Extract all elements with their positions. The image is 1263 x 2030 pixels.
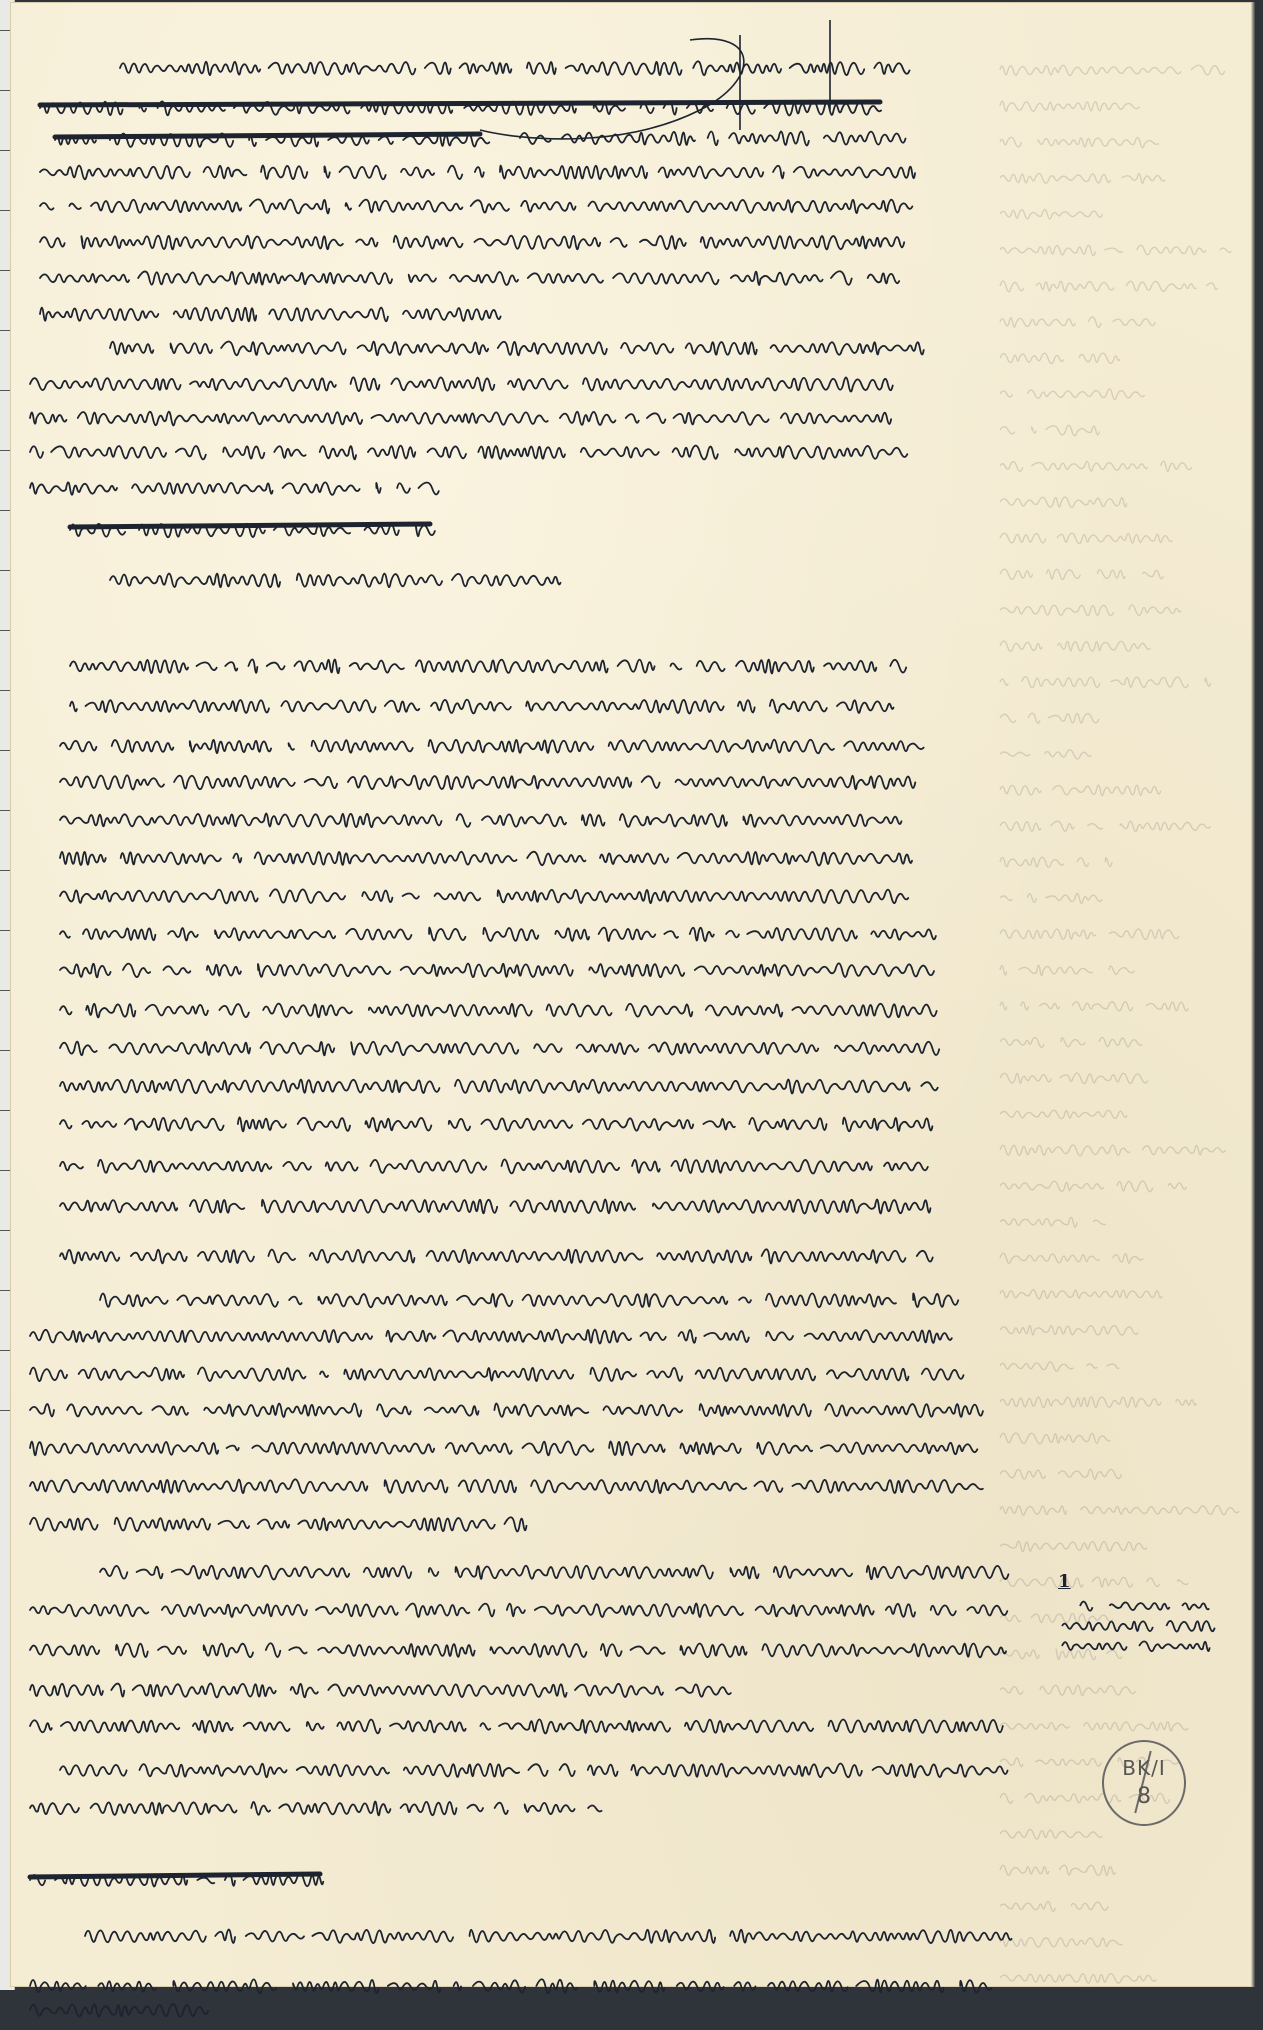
handwritten-line xyxy=(40,165,915,179)
handwritten-line xyxy=(30,482,439,494)
handwritten-line xyxy=(40,271,899,285)
handwritten-line xyxy=(30,1802,602,1816)
handwritten-line xyxy=(100,1565,1008,1579)
handwritten-line xyxy=(30,1479,983,1493)
handwritten-line xyxy=(60,1042,954,1056)
handwritten-line xyxy=(60,889,908,903)
margin-note-strokes xyxy=(1058,1594,1228,1654)
handwritten-line xyxy=(120,61,910,75)
handwritten-line xyxy=(60,1004,937,1018)
handwritten-line xyxy=(70,659,906,673)
handwritten-line xyxy=(30,1719,1003,1733)
handwritten-line xyxy=(30,377,905,391)
footnote-marker: 1 xyxy=(1058,1571,1071,1592)
handwritten-line xyxy=(60,1159,928,1173)
handwritten-line xyxy=(60,813,910,827)
margin-note: 1 [handwritten marginal note, 3 lines] xyxy=(1058,1572,1238,1661)
handwritten-line xyxy=(60,1199,930,1213)
handwritten-line xyxy=(30,1683,731,1697)
handwritten-line xyxy=(30,1517,526,1531)
strikethrough xyxy=(30,1874,320,1877)
handwritten-line xyxy=(30,2004,208,2017)
handwritten-line xyxy=(30,1603,1007,1617)
handwritten-line xyxy=(30,1367,975,1381)
stamp-number: 8 xyxy=(1104,1784,1184,1809)
handwritten-text xyxy=(0,0,1263,2030)
handwritten-line xyxy=(30,1329,952,1343)
handwritten-line xyxy=(100,1293,958,1307)
handwritten-line xyxy=(30,1403,983,1417)
handwritten-line xyxy=(60,1764,1008,1778)
handwritten-line xyxy=(60,775,925,789)
handwritten-line xyxy=(60,1117,932,1131)
handwritten-line xyxy=(60,928,936,941)
strikethrough xyxy=(40,102,880,105)
handwritten-line xyxy=(60,1080,938,1094)
handwritten-line xyxy=(40,199,912,213)
handwritten-line xyxy=(110,341,935,355)
handwritten-line xyxy=(40,236,904,250)
handwritten-line xyxy=(30,1643,1006,1657)
handwritten-line xyxy=(60,852,912,866)
archive-stamp: BK/I 8 xyxy=(1102,1740,1186,1826)
strikethrough xyxy=(55,134,480,137)
handwritten-line xyxy=(110,574,560,588)
handwritten-line xyxy=(60,1249,950,1263)
handwritten-line xyxy=(85,1929,1011,1943)
revision-mark xyxy=(480,20,830,139)
handwritten-line xyxy=(60,963,934,977)
handwritten-line xyxy=(30,1441,993,1455)
handwritten-line xyxy=(60,740,924,754)
stamp-code: BK/I xyxy=(1104,1756,1184,1780)
handwritten-line xyxy=(30,446,907,460)
handwritten-line xyxy=(30,412,907,426)
handwritten-line xyxy=(40,307,501,321)
handwritten-line xyxy=(70,699,911,713)
strikethrough xyxy=(70,524,430,527)
handwritten-line xyxy=(30,1979,1007,1993)
